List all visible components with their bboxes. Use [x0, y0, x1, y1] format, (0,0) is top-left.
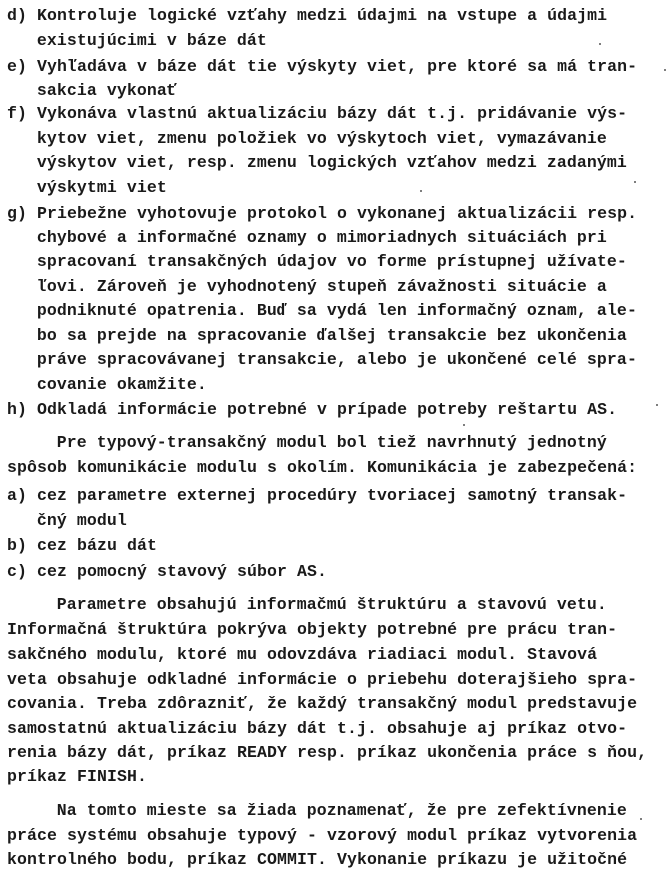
text-line: Parametre obsahujú informačmú štruktúru … — [57, 595, 607, 615]
text-line: výskytmi viet — [37, 178, 167, 198]
text-line: veta obsahuje odkladné informácie o prie… — [7, 670, 637, 690]
text-line: e) Vyhľadáva v báze dát tie výskyty viet… — [7, 57, 637, 77]
text-line: bo sa prejde na spracovanie ďalšej trans… — [37, 326, 627, 346]
text-line: samostatnú aktualizáciu bázy dát t.j. ob… — [7, 719, 627, 739]
text-line: g) Priebežne vyhotovuje protokol o vykon… — [7, 204, 637, 224]
text-line: b) cez bázu dát — [7, 536, 157, 556]
text-line: Na tomto mieste sa žiada poznamenať, že … — [57, 801, 627, 821]
text-line: f) Vykonáva vlastnú aktualizáciu bázy dá… — [7, 104, 627, 124]
text-line: výskytov viet, resp. zmenu logických vzť… — [37, 153, 627, 173]
scan-speck — [420, 190, 422, 192]
text-line: spôsob komunikácie modulu s okolím. Komu… — [7, 458, 637, 478]
scan-speck — [640, 818, 642, 820]
text-line: Informačná štruktúra pokrýva objekty pot… — [7, 620, 617, 640]
scan-speck — [463, 424, 465, 426]
text-line: ľovi. Zároveň je vyhodnotený stupeň záva… — [37, 277, 607, 297]
text-line: spracovaní transakčných údajov vo forme … — [37, 252, 627, 272]
text-line: covanie okamžite. — [37, 375, 207, 395]
text-line: chybové a informačné oznamy o mimoriadny… — [37, 228, 607, 248]
text-line: kontrolného bodu, príkaz COMMIT. Vykonan… — [7, 850, 627, 870]
text-line: a) cez parametre externej procedúry tvor… — [7, 486, 627, 506]
scan-speck — [664, 69, 666, 71]
scan-speck — [656, 404, 658, 406]
text-line: práve spracovávanej transakcie, alebo je… — [37, 350, 637, 370]
text-line: sakcia vykonať — [37, 81, 177, 101]
scan-speck — [599, 43, 601, 45]
text-line: h) Odkladá informácie potrebné v prípade… — [7, 400, 617, 420]
text-line: práce systému obsahuje typový - vzorový … — [7, 826, 637, 846]
text-line: renia bázy dát, príkaz READY resp. príka… — [7, 743, 647, 763]
text-line: d) Kontroluje logické vzťahy medzi údajm… — [7, 6, 607, 26]
text-line: Pre typový-transakčný modul bol tiež nav… — [57, 433, 607, 453]
text-line: existujúcimi v báze dát — [37, 31, 267, 51]
text-line: covania. Treba zdôrazniť, že každý trans… — [7, 694, 637, 714]
text-line: kytov viet, zmenu položiek vo výskytoch … — [37, 129, 607, 149]
typewritten-page: d) Kontroluje logické vzťahy medzi údajm… — [0, 0, 672, 879]
scan-speck — [634, 181, 636, 183]
text-line: c) cez pomocný stavový súbor AS. — [7, 562, 327, 582]
text-line: príkaz FINISH. — [7, 767, 147, 787]
text-line: sakčného modulu, ktoré mu odovzdáva riad… — [7, 645, 597, 665]
text-line: podniknuté opatrenia. Buď sa vydá len in… — [37, 301, 637, 321]
text-line: čný modul — [37, 511, 127, 531]
